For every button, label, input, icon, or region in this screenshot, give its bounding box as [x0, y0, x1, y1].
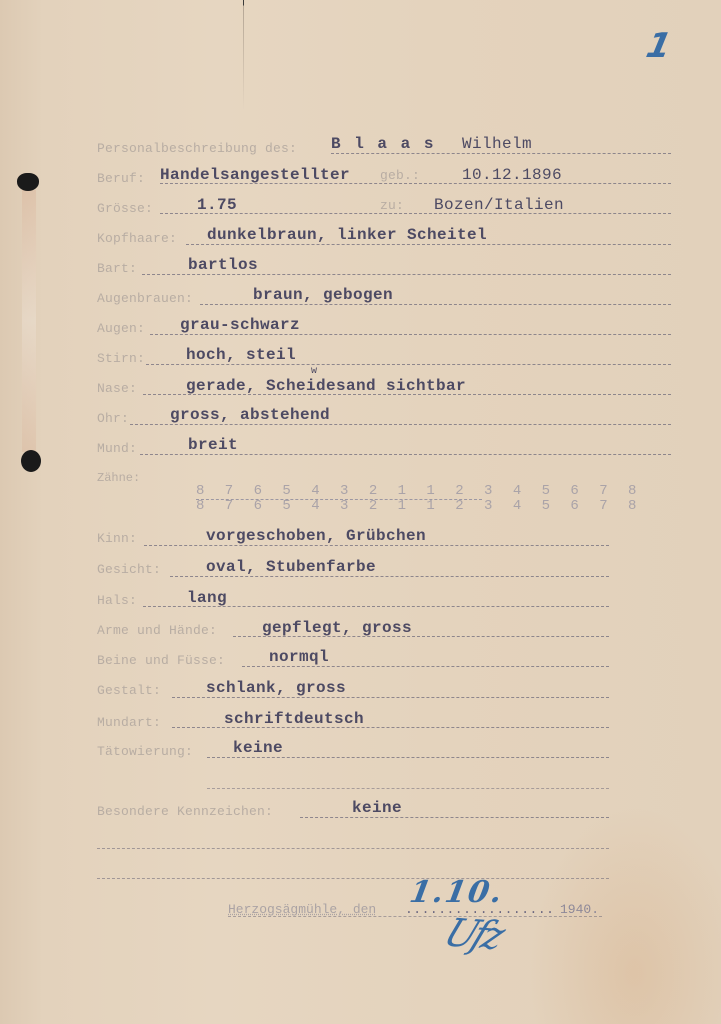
field-label: Personalbeschreibung des: — [97, 141, 297, 156]
legs-feet-value: normql — [269, 648, 329, 666]
fold-crease — [243, 0, 244, 110]
arms-hands-value: gepflegt, gross — [262, 619, 412, 637]
signature: Ufz — [438, 910, 508, 958]
fill-line — [140, 454, 671, 455]
field-hair: Kopfhaare: — [97, 224, 177, 246]
fill-line — [331, 153, 671, 154]
height-value: 1.75 — [197, 196, 237, 214]
field-dialect: Mundart: — [97, 708, 161, 730]
hair-value: dunkelbraun, linker Scheitel — [207, 226, 487, 244]
handwritten-date: 1.10. — [407, 875, 507, 910]
field-chin: Kinn: — [97, 524, 137, 546]
year-value: 1940. — [560, 902, 599, 917]
ear-value: gross, abstehend — [170, 406, 330, 424]
field-label: Beruf: — [97, 171, 145, 186]
fill-line — [144, 545, 609, 546]
field-mouth: Mund: — [97, 434, 137, 456]
fill-line — [186, 244, 671, 245]
field-label: Ohr: — [97, 411, 129, 426]
birthdate-value: 10.12.1896 — [462, 166, 562, 184]
field-label: Nase: — [97, 381, 137, 396]
field-label: Beine und Füsse: — [97, 653, 225, 668]
mouth-value: breit — [188, 436, 238, 454]
neck-value: lang — [187, 589, 227, 607]
field-label: Hals: — [97, 593, 137, 608]
dialect-value: schriftdeutsch — [224, 710, 364, 728]
fill-line — [233, 636, 609, 637]
field-label: Mundart: — [97, 715, 161, 730]
eyes-value: grau-schwarz — [180, 316, 300, 334]
blank-fill-line — [97, 878, 609, 879]
punch-hole-top — [17, 173, 39, 191]
field-label: Kinn: — [97, 531, 137, 546]
place-of-issue: Herzogsägmühle, den — [228, 902, 376, 917]
fill-line — [142, 274, 671, 275]
field-label: Augen: — [97, 321, 145, 336]
field-nose: Nase: — [97, 374, 137, 396]
field-height: Grösse: — [97, 194, 153, 216]
fill-line — [146, 364, 671, 365]
typed-correction: w — [311, 366, 317, 377]
field-special-marks: Besondere Kennzeichen: — [97, 797, 273, 819]
beard-value: bartlos — [188, 256, 258, 274]
fill-line — [200, 304, 671, 305]
field-occupation: Beruf: — [97, 164, 145, 186]
fill-line — [172, 697, 609, 698]
blank-fill-line — [97, 848, 609, 849]
field-name: Personalbeschreibung des: — [97, 134, 297, 156]
blank-fill-line — [207, 788, 609, 789]
field-label-born: geb.: — [380, 168, 420, 183]
footer-underline — [228, 916, 602, 917]
field-label-place: zu: — [380, 198, 404, 213]
forehead-value: hoch, steil — [186, 346, 296, 364]
fill-line — [160, 213, 671, 214]
fill-line — [150, 334, 671, 335]
occupation-value: Handelsangestellter — [160, 166, 350, 184]
field-neck: Hals: — [97, 586, 137, 608]
fill-line — [300, 817, 609, 818]
special-marks-value: keine — [352, 799, 402, 817]
surname-value: B l a a s — [331, 135, 435, 153]
field-eyes: Augen: — [97, 314, 145, 336]
field-label: Arme und Hände: — [97, 623, 217, 638]
field-label: Tätowierung: — [97, 744, 193, 759]
field-face: Gesicht: — [97, 555, 161, 577]
field-tattoo: Tätowierung: — [97, 737, 193, 759]
field-label: Augenbrauen: — [97, 291, 193, 306]
field-build: Gestalt: — [97, 676, 161, 698]
fill-line — [242, 666, 609, 667]
field-label: Gestalt: — [97, 683, 161, 698]
document-page: 1 Personalbeschreibung des: B l a a s Wi… — [0, 0, 721, 1024]
field-arms-hands: Arme und Hände: — [97, 616, 217, 638]
handwritten-page-number: 1 — [643, 26, 675, 66]
field-label: Mund: — [97, 441, 137, 456]
firstname-value: Wilhelm — [462, 135, 532, 153]
birthplace-value: Bozen/Italien — [434, 196, 564, 214]
fill-line — [172, 727, 609, 728]
fill-line — [143, 394, 671, 395]
build-value: schlank, gross — [206, 679, 346, 697]
teeth-chart-lower: 8 7 6 5 4 3 2 1 1 2 3 4 5 6 7 8 — [196, 498, 642, 514]
punch-hole-tear — [22, 190, 36, 452]
eyebrows-value: braun, gebogen — [253, 286, 393, 304]
field-eyebrows: Augenbrauen: — [97, 284, 193, 306]
field-forehead: Stirn: — [97, 344, 145, 366]
chin-value: vorgeschoben, Grübchen — [206, 527, 426, 545]
fill-line — [170, 576, 609, 577]
tattoo-value: keine — [233, 739, 283, 757]
field-label: Gesicht: — [97, 562, 161, 577]
teeth-chart-upper: 8 7 6 5 4 3 2 1 1 2 3 4 5 6 7 8 — [196, 483, 642, 499]
punch-hole-bottom — [21, 450, 41, 472]
field-label: Stirn: — [97, 351, 145, 366]
field-ear: Ohr: — [97, 404, 129, 426]
field-label: Besondere Kennzeichen: — [97, 804, 273, 819]
field-legs-feet: Beine und Füsse: — [97, 646, 225, 668]
field-beard: Bart: — [97, 254, 137, 276]
field-label: Bart: — [97, 261, 137, 276]
fill-line — [207, 757, 609, 758]
field-label: Kopfhaare: — [97, 231, 177, 246]
fill-line — [160, 183, 671, 184]
fill-line — [143, 606, 609, 607]
field-label: Grösse: — [97, 201, 153, 216]
face-value: oval, Stubenfarbe — [206, 558, 376, 576]
fill-line — [130, 424, 671, 425]
field-label-teeth: Zähne: — [97, 471, 140, 485]
nose-value: gerade, Scheidesand sichtbar — [186, 377, 466, 395]
